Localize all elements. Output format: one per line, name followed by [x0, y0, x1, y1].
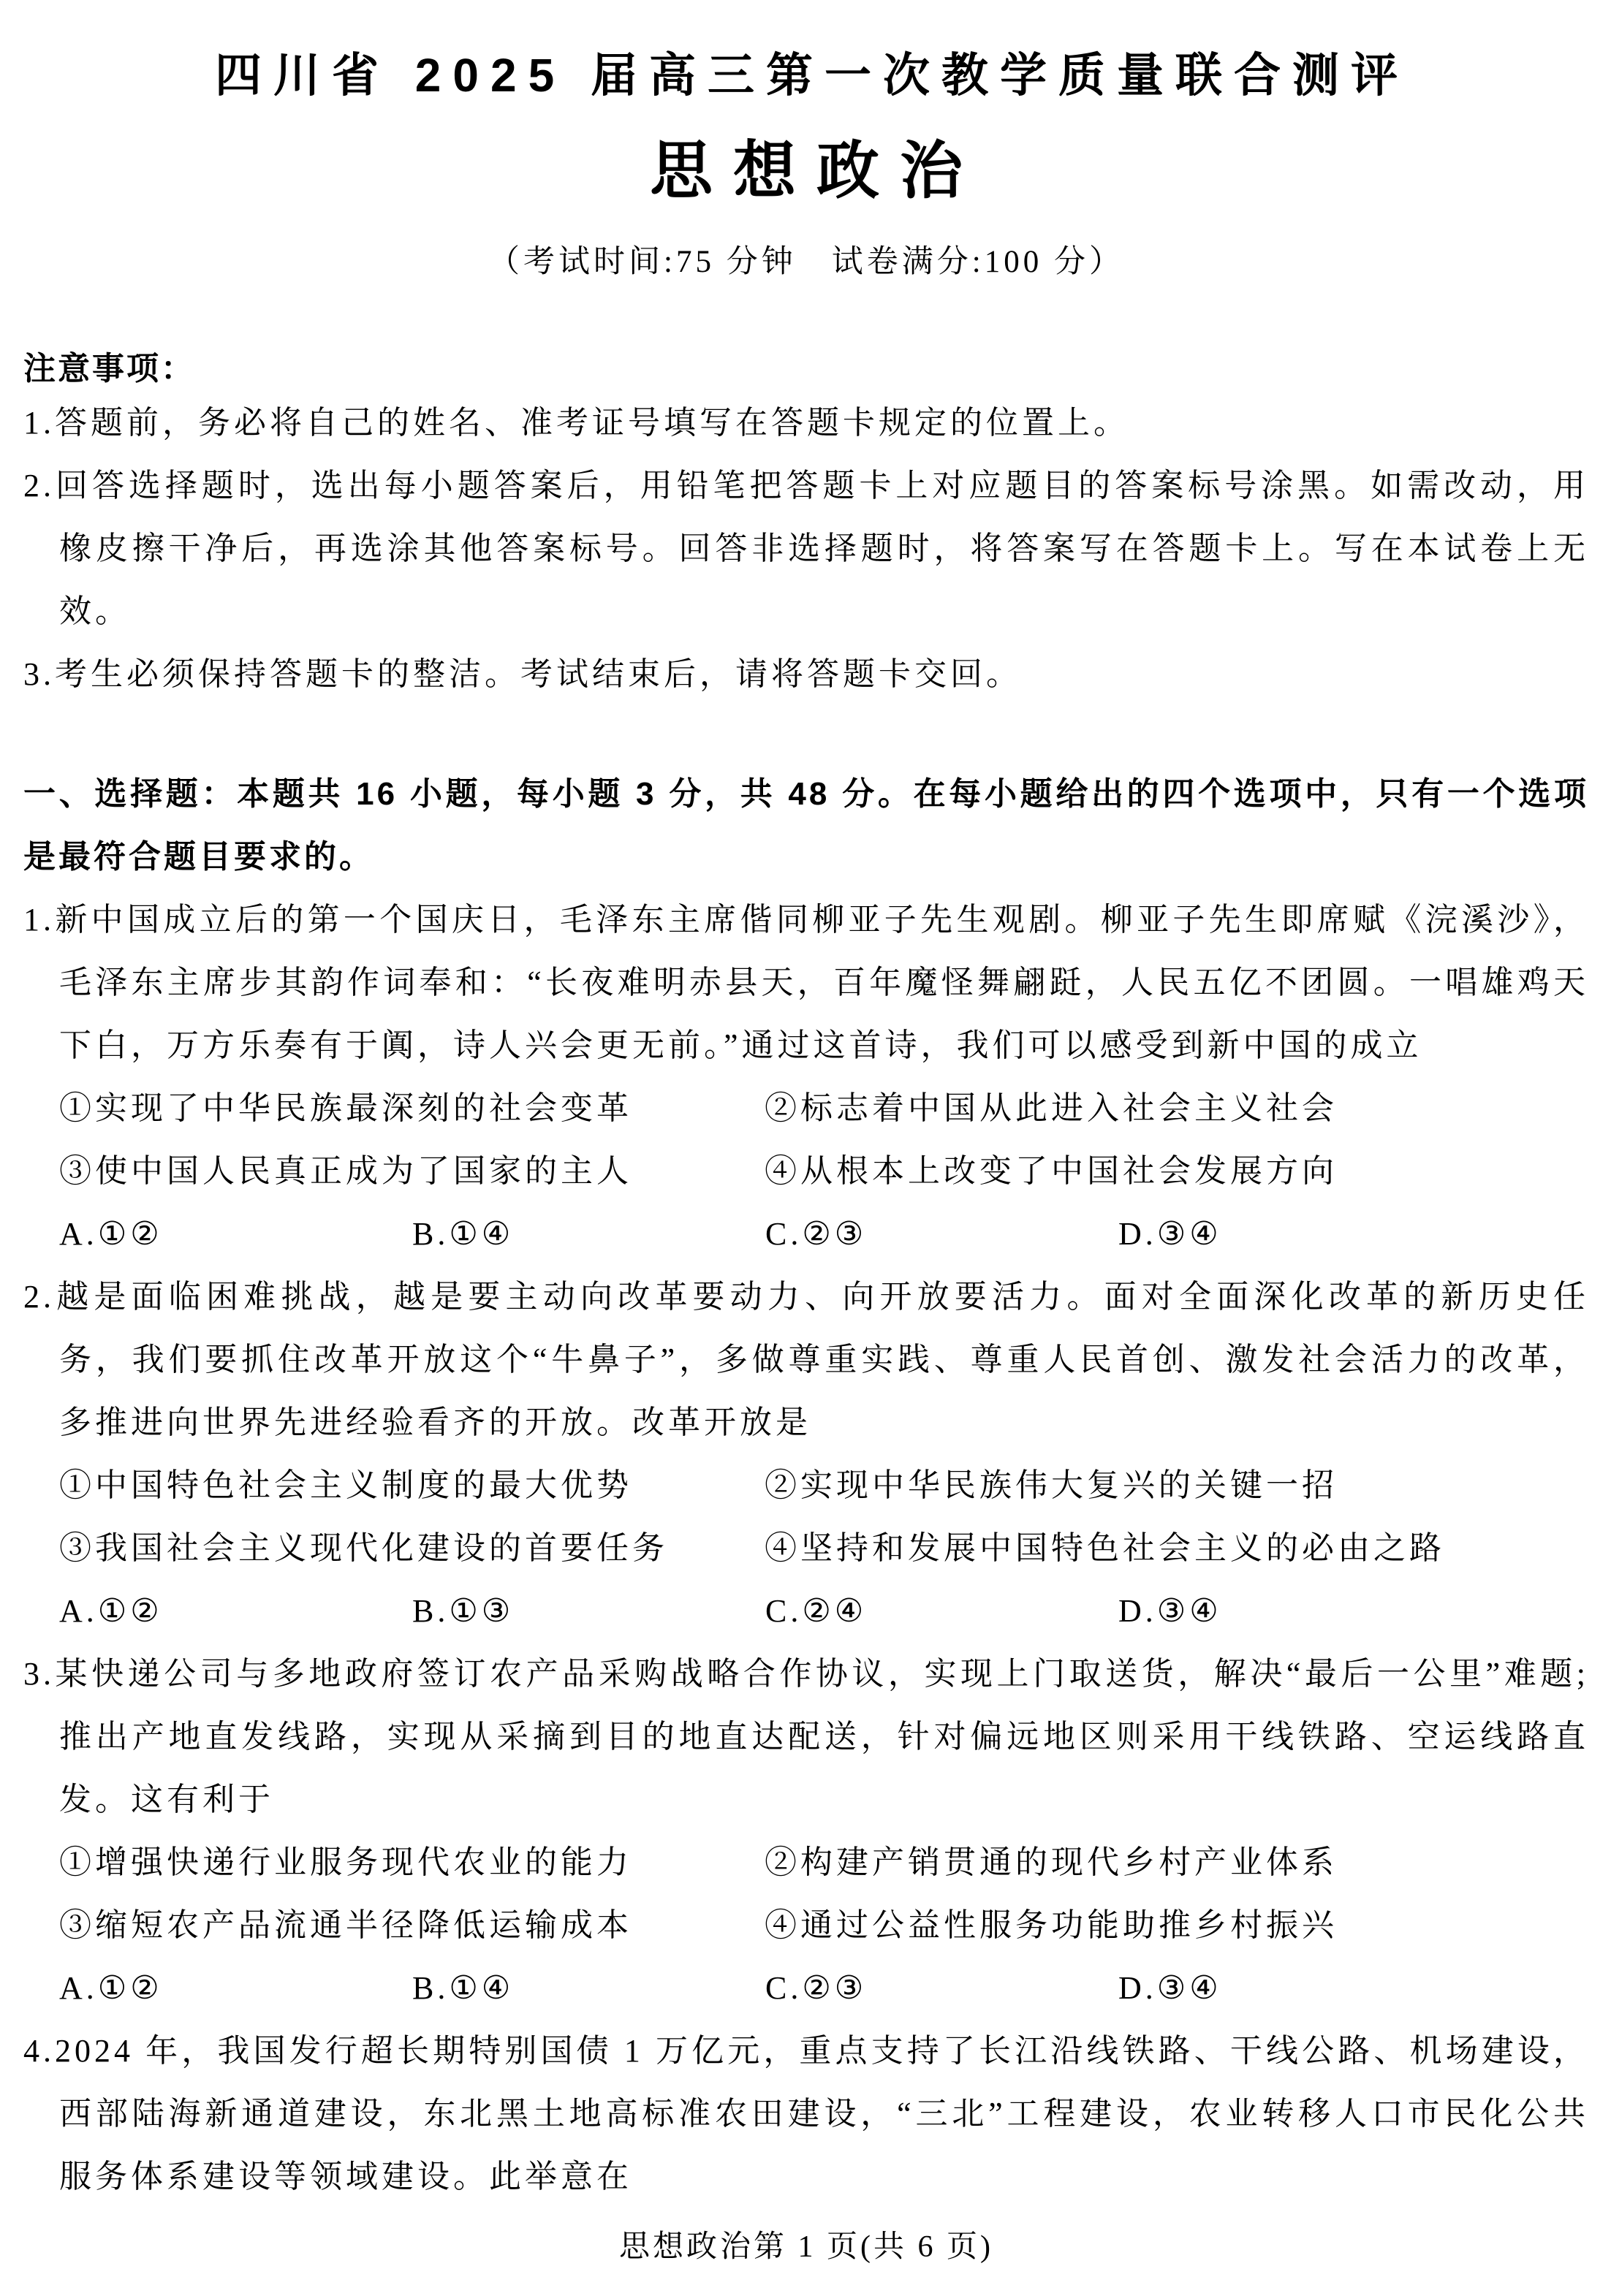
question-4-stem: 4.2024 年，我国发行超长期特别国债 1 万亿元，重点支持了长江沿线铁路、干… — [23, 2020, 1589, 2208]
question-3-choice-d: D.③④ — [1118, 1957, 1471, 2020]
question-1-stem: 1.新中国成立后的第一个国庆日，毛泽东主席偕同柳亚子先生观剧。柳亚子先生即席赋《… — [23, 889, 1589, 1077]
question-4: 4.2024 年，我国发行超长期特别国债 1 万亿元，重点支持了长江沿线铁路、干… — [23, 2020, 1589, 2208]
question-3-option-2: ②构建产销贯通的现代乡村产业体系 — [765, 1831, 1338, 1894]
question-1-choice-d: D.③④ — [1118, 1203, 1471, 1266]
question-3-choice-c: C.②③ — [765, 1957, 1118, 2020]
question-1-number: 1. — [23, 902, 55, 938]
exam-subject: 思想政治 — [23, 134, 1589, 208]
question-1-option-2: ②标志着中国从此进入社会主义社会 — [765, 1077, 1338, 1140]
exam-paper-page: 四川省 2025 届高三第一次教学质量联合测评 思想政治 （考试时间:75 分钟… — [0, 0, 1611, 2296]
question-2-option-1: ①中国特色社会主义制度的最大优势 — [59, 1454, 765, 1517]
question-2-choice-c: C.②④ — [765, 1580, 1118, 1643]
question-2-options-row-1: ①中国特色社会主义制度的最大优势 ②实现中华民族伟大复兴的关键一招 — [23, 1454, 1589, 1517]
question-1-choice-b: B.①④ — [412, 1203, 765, 1266]
question-2-stem: 2.越是面临困难挑战，越是要主动向改革要动力、向开放要活力。面对全面深化改革的新… — [23, 1266, 1589, 1454]
question-2-option-3: ③我国社会主义现代化建设的首要任务 — [59, 1517, 765, 1580]
section-heading-multiple-choice: 一、选择题：本题共 16 小题，每小题 3 分，共 48 分。在每小题给出的四个… — [23, 763, 1589, 889]
question-1-choices: A.①② B.①④ C.②③ D.③④ — [23, 1203, 1589, 1266]
question-1-options-row-1: ①实现了中华民族最深刻的社会变革 ②标志着中国从此进入社会主义社会 — [23, 1077, 1589, 1140]
question-2-choices: A.①② B.①③ C.②④ D.③④ — [23, 1580, 1589, 1643]
question-3-option-4: ④通过公益性服务功能助推乡村振兴 — [765, 1894, 1338, 1957]
question-1-option-4: ④从根本上改变了中国社会发展方向 — [765, 1140, 1338, 1203]
question-2-text: 越是面临困难挑战，越是要主动向改革要动力、向开放要活力。面对全面深化改革的新历史… — [55, 1279, 1589, 1440]
question-3-choices: A.①② B.①④ C.②③ D.③④ — [23, 1957, 1589, 2020]
question-1-option-3: ③使中国人民真正成为了国家的主人 — [59, 1140, 765, 1203]
question-3-stem: 3.某快递公司与多地政府签订农产品采购战略合作协议，实现上门取送货，解决“最后一… — [23, 1643, 1589, 1831]
exam-info-line: （考试时间:75 分钟 试卷满分:100 分） — [23, 241, 1589, 284]
question-1-choice-c: C.②③ — [765, 1203, 1118, 1266]
page-footer: 思想政治第 1 页(共 6 页) — [23, 2227, 1589, 2267]
question-3-number: 3. — [23, 1656, 55, 1692]
question-1: 1.新中国成立后的第一个国庆日，毛泽东主席偕同柳亚子先生观剧。柳亚子先生即席赋《… — [23, 889, 1589, 1266]
question-3-choice-b: B.①④ — [412, 1957, 765, 2020]
question-1-options-row-2: ③使中国人民真正成为了国家的主人 ④从根本上改变了中国社会发展方向 — [23, 1140, 1589, 1203]
question-1-choice-a: A.①② — [59, 1203, 412, 1266]
question-3-option-1: ①增强快递行业服务现代农业的能力 — [59, 1831, 765, 1894]
notice-item-1: 1.答题前，务必将自己的姓名、准考证号填写在答题卡规定的位置上。 — [23, 392, 1589, 455]
question-2-option-4: ④坚持和发展中国特色社会主义的必由之路 — [765, 1517, 1445, 1580]
question-3-option-3: ③缩短农产品流通半径降低运输成本 — [59, 1894, 765, 1957]
question-2-choice-a: A.①② — [59, 1580, 412, 1643]
question-2-number: 2. — [23, 1279, 55, 1315]
question-2-options-row-2: ③我国社会主义现代化建设的首要任务 ④坚持和发展中国特色社会主义的必由之路 — [23, 1517, 1589, 1580]
exam-title: 四川省 2025 届高三第一次教学质量联合测评 — [23, 47, 1589, 104]
question-1-option-1: ①实现了中华民族最深刻的社会变革 — [59, 1077, 765, 1140]
question-3-text: 某快递公司与多地政府签订农产品采购战略合作协议，实现上门取送货，解决“最后一公里… — [55, 1656, 1589, 1817]
notice-item-2: 2.回答选择题时，选出每小题答案后，用铅笔把答题卡上对应题目的答案标号涂黑。如需… — [23, 455, 1589, 643]
question-4-number: 4. — [23, 2033, 55, 2069]
question-3-options-row-1: ①增强快递行业服务现代农业的能力 ②构建产销贯通的现代乡村产业体系 — [23, 1831, 1589, 1894]
notice-heading: 注意事项： — [23, 346, 1589, 392]
question-2-choice-d: D.③④ — [1118, 1580, 1471, 1643]
question-2-option-2: ②实现中华民族伟大复兴的关键一招 — [765, 1454, 1338, 1517]
question-4-text: 2024 年，我国发行超长期特别国债 1 万亿元，重点支持了长江沿线铁路、干线公… — [55, 2033, 1589, 2194]
question-1-text: 新中国成立后的第一个国庆日，毛泽东主席偕同柳亚子先生观剧。柳亚子先生即席赋《浣溪… — [55, 902, 1589, 1063]
question-2: 2.越是面临困难挑战，越是要主动向改革要动力、向开放要活力。面对全面深化改革的新… — [23, 1266, 1589, 1643]
question-3-options-row-2: ③缩短农产品流通半径降低运输成本 ④通过公益性服务功能助推乡村振兴 — [23, 1894, 1589, 1957]
question-2-choice-b: B.①③ — [412, 1580, 765, 1643]
question-3-choice-a: A.①② — [59, 1957, 412, 2020]
question-3: 3.某快递公司与多地政府签订农产品采购战略合作协议，实现上门取送货，解决“最后一… — [23, 1643, 1589, 2020]
notice-item-3: 3.考生必须保持答题卡的整洁。考试结束后，请将答题卡交回。 — [23, 643, 1589, 706]
